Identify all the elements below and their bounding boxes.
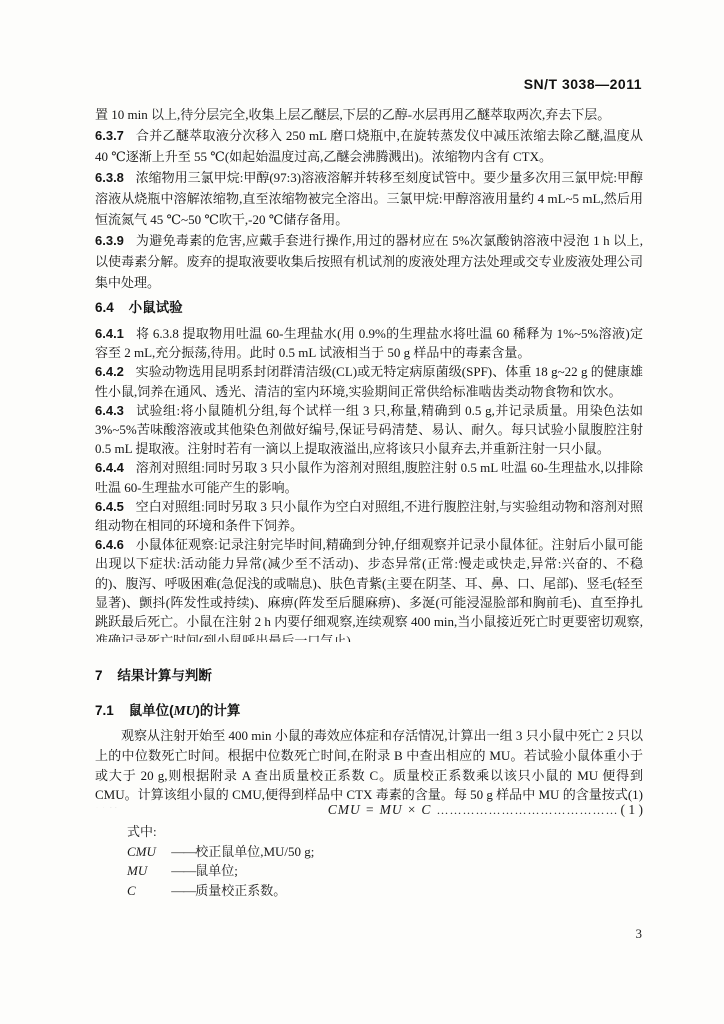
clause-number: 6.4.5 [95, 499, 124, 514]
clause-6-4-6: 6.4.6小鼠体征观察:记录注射完毕时间,精确到分钟,仔细观察并记录小鼠体征。注… [95, 535, 643, 642]
clause-number: 6.3.8 [95, 170, 124, 185]
where-term-c: C —— 质量校正系数。 [127, 881, 627, 901]
heading-number: 6.4 [95, 300, 114, 315]
clause-6-4-2: 6.4.2实验动物选用昆明系封闭群清洁级(CL)或无特定病原菌级(SPF)、体重… [95, 362, 643, 400]
clause-number: 6.4.6 [95, 537, 124, 552]
document-page: SN/T 3038—2011 置 10 min 以上,待分层完全,收集上层乙醚层… [0, 0, 724, 1024]
term-symbol: C [127, 881, 171, 901]
clause-text: 溶剂对照组:同时另取 3 只小鼠作为溶剂对照组,腹腔注射 0.5 mL 吐温 6… [95, 460, 643, 494]
term-definition: 鼠单位; [195, 861, 238, 881]
term-dash: —— [171, 842, 195, 862]
clause-number: 6.3.9 [95, 233, 124, 248]
where-block: 式中: CMU —— 校正鼠单位,MU/50 g; MU —— 鼠单位; C —… [127, 822, 627, 900]
clause-number: 6.4.2 [95, 364, 124, 379]
term-definition: 质量校正系数。 [195, 881, 286, 901]
clause-6-4-3: 6.4.3试验组:将小鼠随机分组,每个试样一组 3 只,称量,精确到 0.5 g… [95, 401, 643, 459]
clause-text: 合并乙醚萃取液分次移入 250 mL 磨口烧瓶中,在旋转蒸发仪中减压浓缩去除乙醚… [95, 128, 643, 164]
where-term-mu: MU —— 鼠单位; [127, 861, 627, 881]
clause-text: 浓缩物用三氯甲烷:甲醇(97:3)溶液溶解并转移至刻度试管中。要少量多次用三氯甲… [95, 170, 643, 227]
formula-expression: CMU = MU × C [328, 802, 432, 818]
clause-number: 6.3.7 [95, 128, 124, 143]
where-term-cmu: CMU —— 校正鼠单位,MU/50 g; [127, 842, 627, 862]
term-symbol: CMU [127, 842, 171, 862]
clause-number: 6.4.3 [95, 403, 124, 418]
mu-symbol: MU [174, 703, 196, 718]
standard-number: SN/T 3038—2011 [524, 76, 642, 92]
term-dash: —— [171, 881, 195, 901]
term-symbol: MU [127, 861, 171, 881]
clause-number: 6.4.4 [95, 460, 124, 475]
term-dash: —— [171, 861, 195, 881]
formula-leader-dots: …………………………………… [437, 803, 619, 818]
section-6-3-block: 置 10 min 以上,待分层完全,收集上层乙醚层,下层的乙醇-水层再用乙醚萃取… [95, 104, 643, 296]
clause-number: 6.4.1 [95, 326, 124, 341]
clause-text: 实验动物选用昆明系封闭群清洁级(CL)或无特定病原菌级(SPF)、体重 18 g… [95, 364, 643, 398]
heading-title: 结果计算与判断 [117, 668, 212, 683]
clause-text: 将 6.3.8 提取物用吐温 60-生理盐水(用 0.9%的生理盐水将吐温 60… [95, 326, 643, 360]
clause-6-3-7: 6.3.7合并乙醚萃取液分次移入 250 mL 磨口烧瓶中,在旋转蒸发仪中减压浓… [95, 125, 643, 167]
heading-7-1: 7.1鼠单位(MU)的计算 [95, 699, 643, 719]
heading-number: 7.1 [95, 703, 114, 718]
clause-6-4-4: 6.4.4溶剂对照组:同时另取 3 只小鼠作为溶剂对照组,腹腔注射 0.5 mL… [95, 458, 643, 496]
term-definition: 校正鼠单位,MU/50 g; [195, 842, 314, 862]
paragraph-continuation: 置 10 min 以上,待分层完全,收集上层乙醚层,下层的乙醇-水层再用乙醚萃取… [95, 104, 643, 125]
heading-6-4: 6.4小鼠试验 [95, 296, 643, 316]
clause-text: 为避免毒素的危害,应戴手套进行操作,用过的器材应在 5%次氯酸钠溶液中浸泡 1 … [95, 233, 643, 290]
section-6-4-block: 6.4.1将 6.3.8 提取物用吐温 60-生理盐水(用 0.9%的生理盐水将… [95, 324, 643, 642]
where-intro: 式中: [127, 822, 627, 842]
clause-6-4-1: 6.4.1将 6.3.8 提取物用吐温 60-生理盐水(用 0.9%的生理盐水将… [95, 324, 643, 362]
heading-number: 7 [95, 668, 103, 683]
paragraph-7-1: 观察从注射开始至 400 min 小鼠的毒效应体症和存活情况,计算出一组 3 只… [95, 726, 643, 808]
clause-text: 小鼠体征观察:记录注射完毕时间,精确到分钟,仔细观察并记录小鼠体征。注射后小鼠可… [95, 537, 643, 642]
formula-1: CMU = MU × C …………………………………… ( 1 ) [95, 802, 643, 818]
clause-6-3-8: 6.3.8浓缩物用三氯甲烷:甲醇(97:3)溶液溶解并转移至刻度试管中。要少量多… [95, 167, 643, 230]
heading-title: 鼠单位(MU)的计算 [129, 703, 241, 718]
heading-7: 7结果计算与判断 [95, 664, 643, 684]
clause-6-3-9: 6.3.9为避免毒素的危害,应戴手套进行操作,用过的器材应在 5%次氯酸钠溶液中… [95, 230, 643, 293]
formula-number-label: ( 1 ) [621, 802, 644, 818]
clause-text: 空白对照组:同时另取 3 只小鼠作为空白对照组,不进行腹腔注射,与实验组动物和溶… [95, 499, 643, 533]
page-number: 3 [636, 926, 643, 942]
clause-6-4-5: 6.4.5空白对照组:同时另取 3 只小鼠作为空白对照组,不进行腹腔注射,与实验… [95, 497, 643, 535]
heading-title: 小鼠试验 [129, 300, 183, 315]
clause-text: 试验组:将小鼠随机分组,每个试样一组 3 只,称量,精确到 0.5 g,并记录质… [95, 403, 643, 456]
